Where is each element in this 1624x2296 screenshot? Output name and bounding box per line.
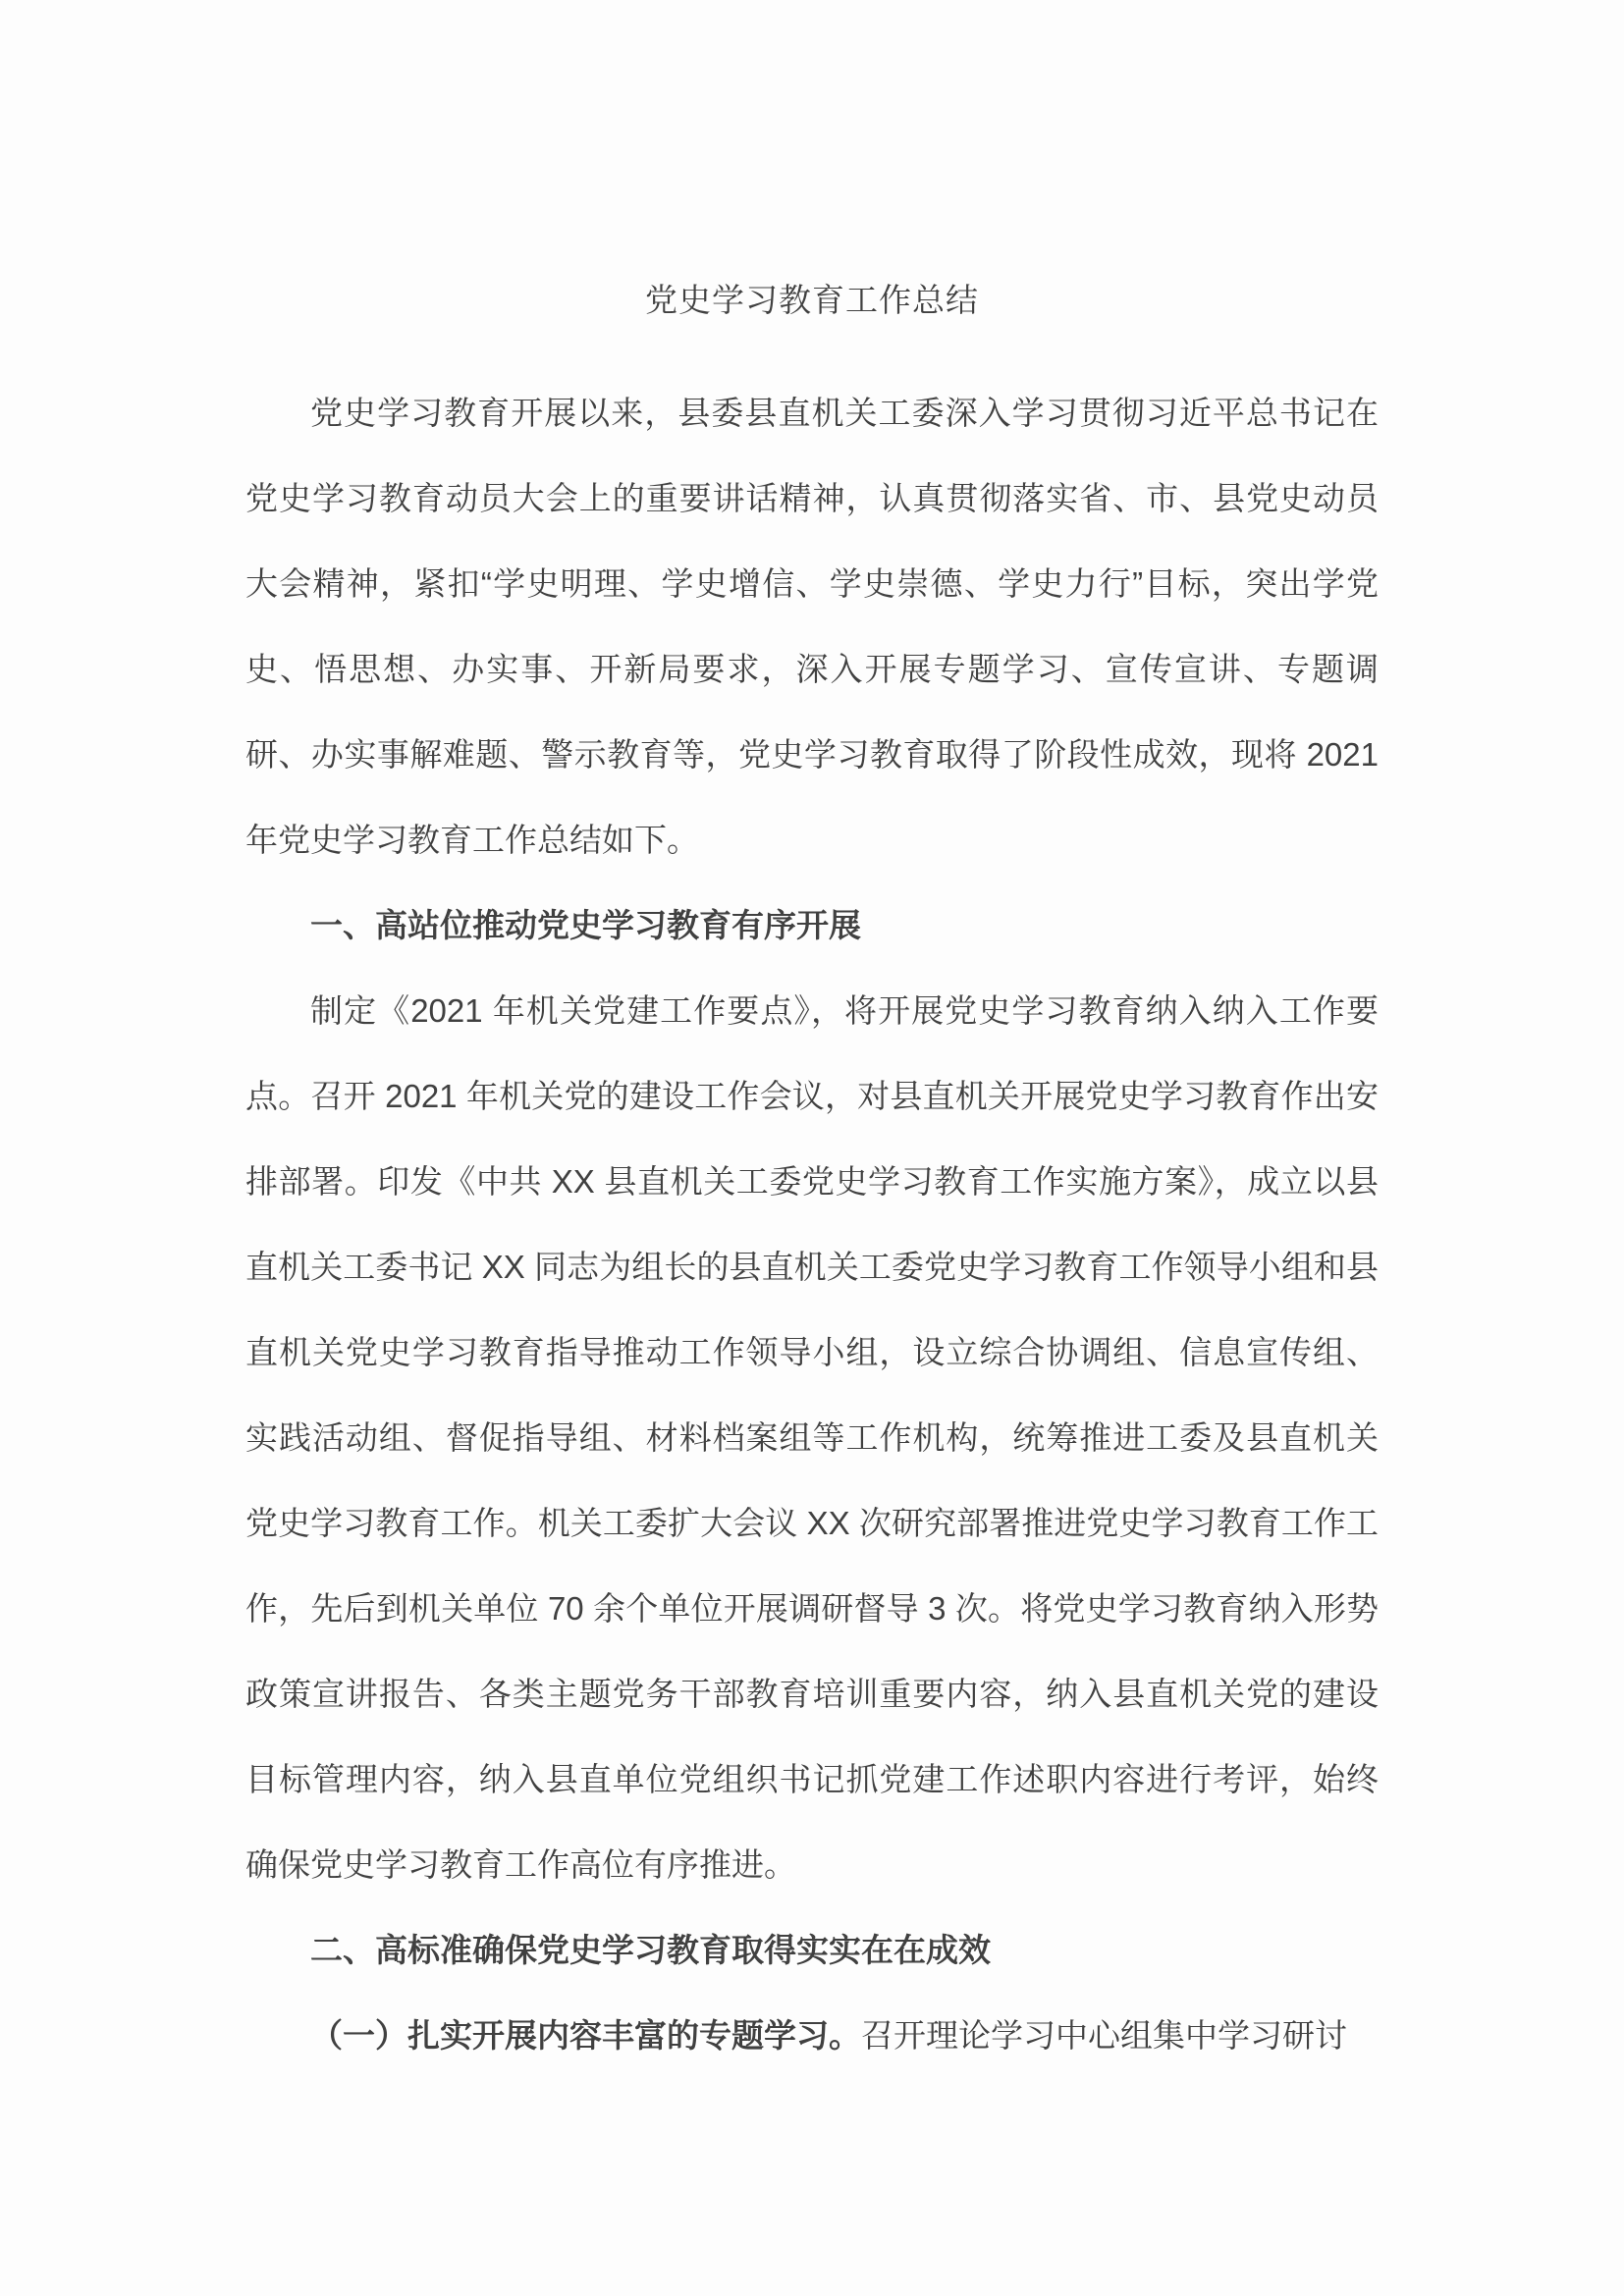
paragraph-subsection-one: （一）扎实开展内容丰富的专题学习。召开理论学习中心组集中学习研讨 (245, 1993, 1379, 2078)
section-heading-two: 二、高标准确保党史学习教育取得实实在在成效 (245, 1907, 1379, 1993)
subsection-one-bold-lead: （一）扎实开展内容丰富的专题学习。 (310, 2017, 861, 2054)
document-title: 党史学习教育工作总结 (245, 257, 1379, 343)
section-heading-one: 一、高站位推动党史学习教育有序开展 (245, 882, 1379, 968)
paragraph-section-one: 制定《2021 年机关党建工作要点》，将开展党史学习教育纳入纳入工作要点。召开 … (245, 968, 1379, 1907)
subsection-one-body-text: 召开理论学习中心组集中学习研讨 (861, 2017, 1347, 2054)
document-page: 党史学习教育工作总结 党史学习教育开展以来，县委县直机关工委深入学习贯彻习近平总… (0, 0, 1624, 2296)
paragraph-intro: 党史学习教育开展以来，县委县直机关工委深入学习贯彻习近平总书记在党史学习教育动员… (245, 370, 1379, 882)
